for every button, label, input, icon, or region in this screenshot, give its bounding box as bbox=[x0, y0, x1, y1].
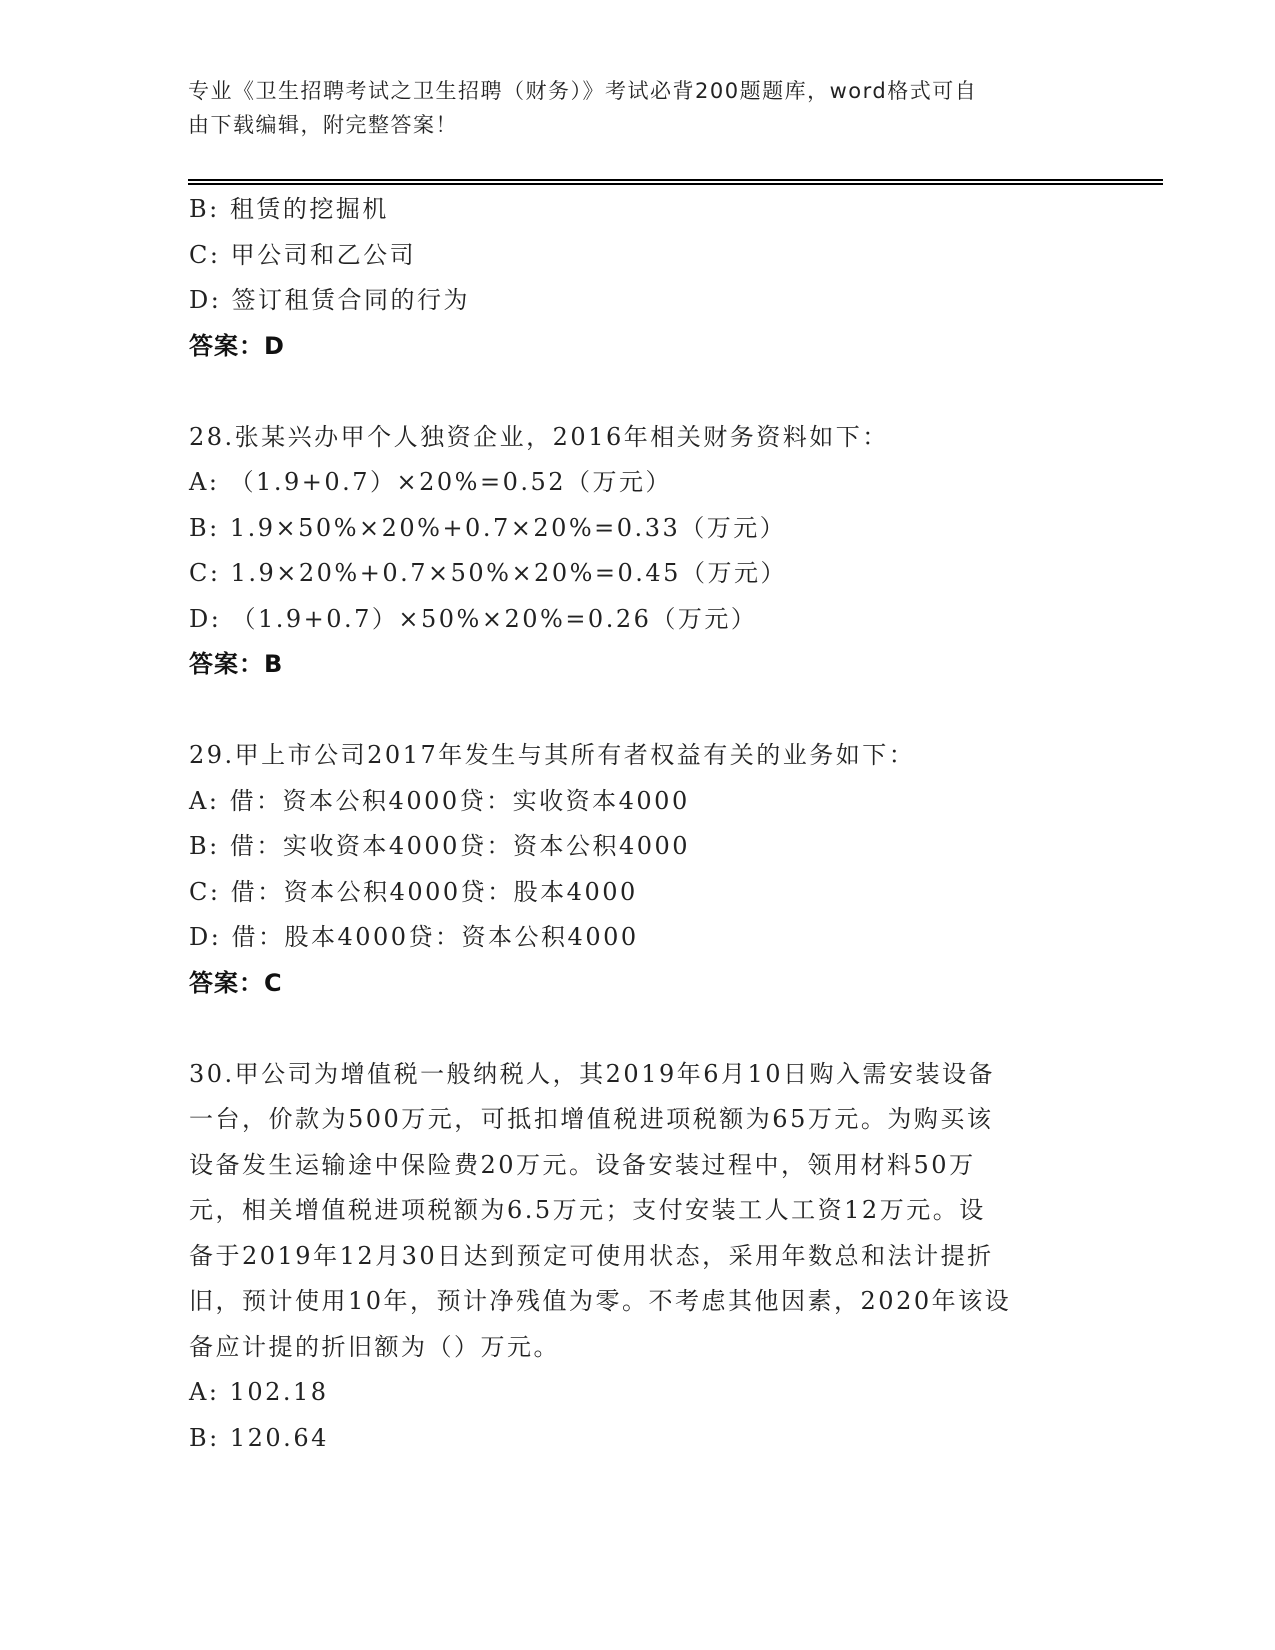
header-line-2: 由下载编辑，附完整答案！ bbox=[188, 108, 1068, 142]
option-label: C: bbox=[189, 241, 220, 269]
stem-line: 一台，价款为500万元，可抵扣增值税进项税额为65万元。为购买该 bbox=[189, 1097, 1089, 1143]
document-body: B: 租赁的挖掘机 C: 甲公司和乙公司 D: 签订租赁合同的行为 答案：D 2… bbox=[189, 187, 1089, 1461]
question-stem: 28.张某兴办甲个人独资企业，2016年相关财务资料如下： bbox=[189, 415, 1089, 461]
option-label: B: bbox=[189, 1424, 220, 1452]
option-label: C: bbox=[189, 878, 220, 906]
option-text: （1.9+0.7）×50%×20%=0.26（万元） bbox=[231, 605, 757, 633]
option-text: 租赁的挖掘机 bbox=[230, 195, 389, 223]
option-c: C: 借：资本公积4000贷：股本4000 bbox=[189, 870, 1089, 916]
option-text: 120.64 bbox=[230, 1424, 329, 1452]
question-stem: 29.甲上市公司2017年发生与其所有者权益有关的业务如下： bbox=[189, 733, 1089, 779]
answer: 答案：D bbox=[189, 324, 1089, 370]
option-b: B: 1.9×50%×20%+0.7×20%=0.33（万元） bbox=[189, 506, 1089, 552]
header-divider-top bbox=[188, 179, 1163, 181]
question-30: 30.甲公司为增值税一般纳税人，其2019年6月10日购入需安装设备 一台，价款… bbox=[189, 1052, 1089, 1462]
option-a: A: （1.9+0.7）×20%=0.52（万元） bbox=[189, 460, 1089, 506]
option-text: （1.9+0.7）×20%=0.52（万元） bbox=[230, 468, 672, 496]
option-label: D: bbox=[189, 605, 221, 633]
question-stem: 30.甲公司为增值税一般纳税人，其2019年6月10日购入需安装设备 一台，价款… bbox=[189, 1052, 1089, 1371]
option-label: A: bbox=[189, 787, 219, 815]
option-label: C: bbox=[189, 559, 220, 587]
option-c: C: 1.9×20%+0.7×50%×20%=0.45（万元） bbox=[189, 551, 1089, 597]
option-label: B: bbox=[189, 514, 220, 542]
option-text: 1.9×20%+0.7×50%×20%=0.45（万元） bbox=[231, 559, 787, 587]
option-d: D: 签订租赁合同的行为 bbox=[189, 278, 1089, 324]
option-b: B: 租赁的挖掘机 bbox=[189, 187, 1089, 233]
stem-line: 备于2019年12月30日达到预定可使用状态，采用年数总和法计提折 bbox=[189, 1234, 1089, 1280]
option-text: 借：股本4000贷：资本公积4000 bbox=[231, 923, 638, 951]
stem-line: 30.甲公司为增值税一般纳税人，其2019年6月10日购入需安装设备 bbox=[189, 1052, 1089, 1098]
option-c: C: 甲公司和乙公司 bbox=[189, 233, 1089, 279]
option-a: A: 102.18 bbox=[189, 1370, 1089, 1416]
option-label: B: bbox=[189, 195, 220, 223]
stem-line: 设备发生运输途中保险费20万元。设备安装过程中，领用材料50万 bbox=[189, 1143, 1089, 1189]
option-d: D: （1.9+0.7）×50%×20%=0.26（万元） bbox=[189, 597, 1089, 643]
header-divider-bottom bbox=[188, 183, 1163, 185]
option-a: A: 借：资本公积4000贷：实收资本4000 bbox=[189, 779, 1089, 825]
stem-line: 元，相关增值税进项税额为6.5万元；支付安装工人工资12万元。设 bbox=[189, 1188, 1089, 1234]
option-text: 借：资本公积4000贷：实收资本4000 bbox=[230, 787, 690, 815]
stem-line: 旧，预计使用10年，预计净残值为零。不考虑其他因素，2020年该设 bbox=[189, 1279, 1089, 1325]
question-27-continued: B: 租赁的挖掘机 C: 甲公司和乙公司 D: 签订租赁合同的行为 答案：D bbox=[189, 187, 1089, 369]
option-label: A: bbox=[189, 468, 219, 496]
option-label: D: bbox=[189, 923, 221, 951]
option-text: 借：资本公积4000贷：股本4000 bbox=[231, 878, 638, 906]
option-text: 签订租赁合同的行为 bbox=[231, 286, 470, 314]
question-29: 29.甲上市公司2017年发生与其所有者权益有关的业务如下： A: 借：资本公积… bbox=[189, 733, 1089, 1006]
option-text: 1.9×50%×20%+0.7×20%=0.33（万元） bbox=[230, 514, 786, 542]
answer: 答案：B bbox=[189, 642, 1089, 688]
option-b: B: 120.64 bbox=[189, 1416, 1089, 1462]
header-line-1: 专业《卫生招聘考试之卫生招聘（财务）》考试必背200题题库，word格式可自 bbox=[188, 74, 1068, 108]
document-header: 专业《卫生招聘考试之卫生招聘（财务）》考试必背200题题库，word格式可自 由… bbox=[188, 74, 1068, 142]
option-b: B: 借：实收资本4000贷：资本公积4000 bbox=[189, 824, 1089, 870]
stem-line: 备应计提的折旧额为（）万元。 bbox=[189, 1325, 1089, 1371]
option-label: B: bbox=[189, 832, 220, 860]
option-text: 借：实收资本4000贷：资本公积4000 bbox=[230, 832, 690, 860]
option-text: 102.18 bbox=[230, 1378, 329, 1406]
option-label: A: bbox=[189, 1378, 219, 1406]
option-text: 甲公司和乙公司 bbox=[231, 241, 417, 269]
question-28: 28.张某兴办甲个人独资企业，2016年相关财务资料如下： A: （1.9+0.… bbox=[189, 415, 1089, 688]
option-label: D: bbox=[189, 286, 221, 314]
answer: 答案：C bbox=[189, 961, 1089, 1007]
option-d: D: 借：股本4000贷：资本公积4000 bbox=[189, 915, 1089, 961]
